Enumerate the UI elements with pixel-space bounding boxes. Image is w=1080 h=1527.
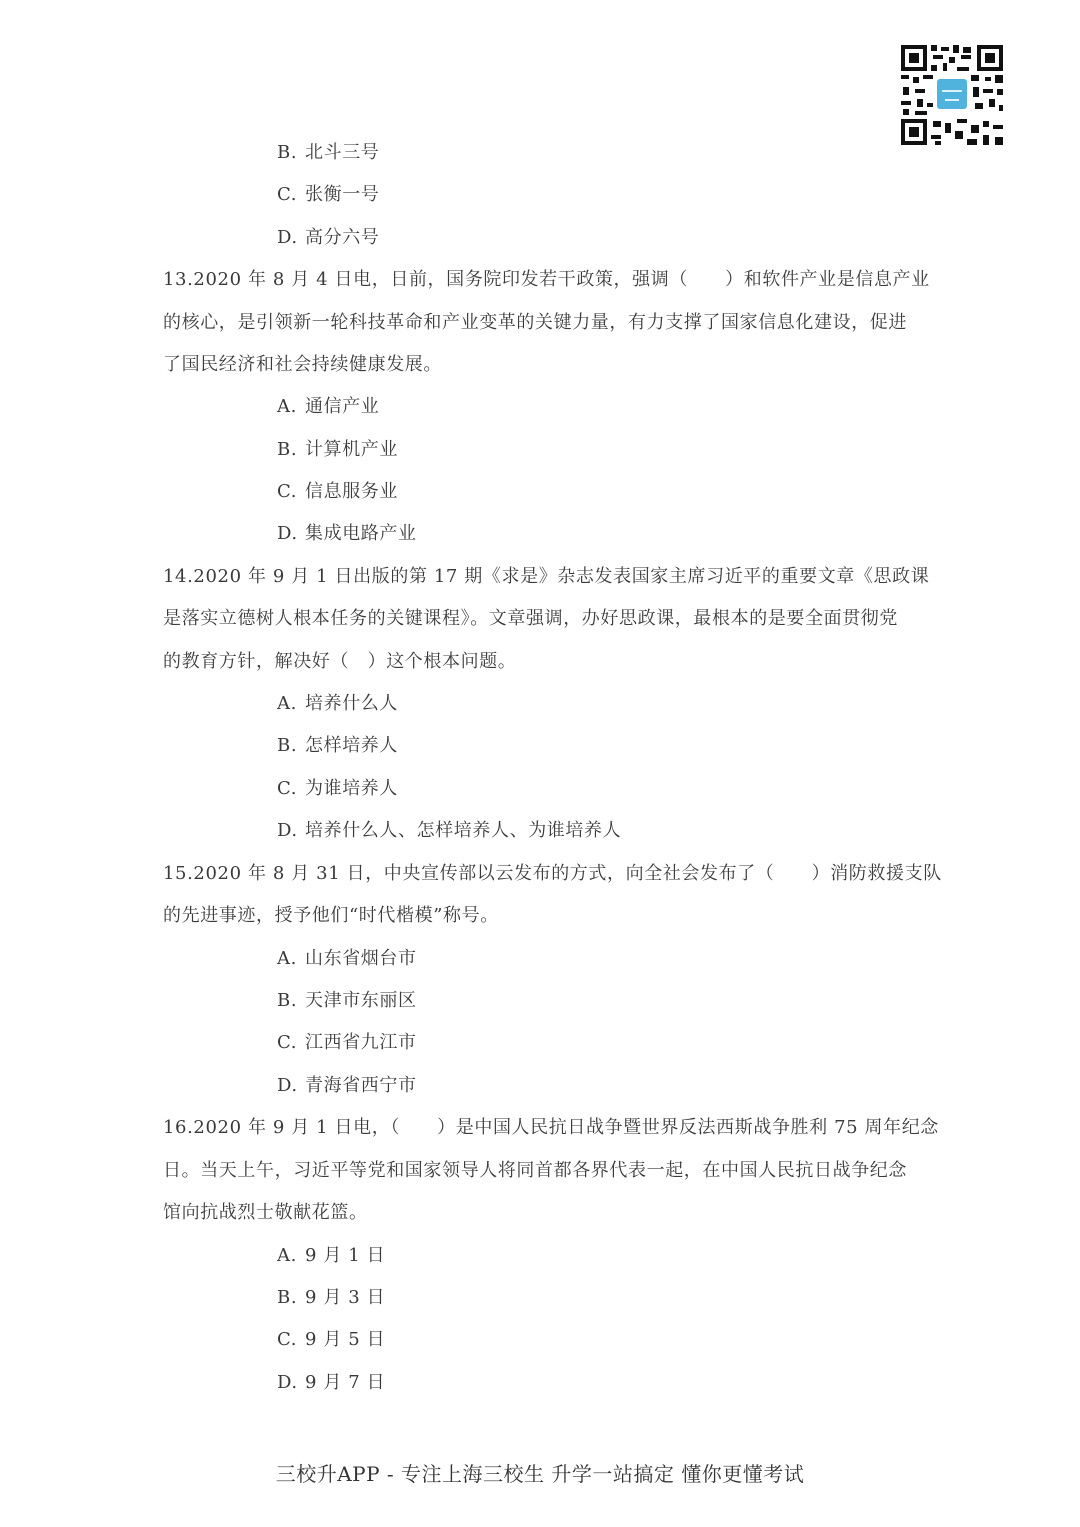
option-15-b: B.天津市东丽区: [277, 990, 417, 1012]
question-16-stem: 日。当天上午，习近平等党和国家领导人将同首都各界代表一起，在中国人民抗日战争纪念: [163, 1160, 923, 1182]
option-14-b: B.怎样培养人: [277, 735, 398, 757]
option-12-b: B.北斗三号: [277, 142, 379, 164]
question-14-stem: 的教育方针，解决好（ ）这个根本问题。: [163, 651, 923, 673]
question-14-stem: 14.2020 年 9 月 1 日出版的第 17 期《求是》杂志发表国家主席习近…: [163, 566, 923, 588]
option-13-b: B.计算机产业: [277, 439, 398, 461]
option-13-c: C.信息服务业: [277, 481, 398, 503]
option-16-b: B.9 月 3 日: [277, 1287, 385, 1309]
qr-code-icon: [899, 43, 1005, 147]
question-16-stem: 16.2020 年 9 月 1 日电，（ ）是中国人民抗日战争暨世界反法西斯战争…: [163, 1117, 923, 1139]
question-13-stem: 13.2020 年 8 月 4 日电，日前，国务院印发若干政策，强调（ ）和软件…: [163, 269, 923, 291]
question-13-stem: 了国民经济和社会持续健康发展。: [163, 354, 923, 376]
option-12-d: D.高分六号: [277, 227, 379, 249]
option-15-d: D.青海省西宁市: [277, 1075, 417, 1097]
question-14-stem: 是落实立德树人根本任务的关键课程》。文章强调，办好思政课，最根本的是要全面贯彻党: [163, 608, 923, 630]
qr-code[interactable]: [899, 43, 1005, 147]
option-15-a: A.山东省烟台市: [277, 948, 417, 970]
option-15-c: C.江西省九江市: [277, 1032, 417, 1054]
question-13-stem: 的核心，是引领新一轮科技革命和产业变革的关键力量，有力支撑了国家信息化建设，促进: [163, 312, 923, 334]
option-16-d: D.9 月 7 日: [277, 1372, 385, 1394]
option-12-c: C.张衡一号: [277, 184, 379, 206]
option-14-c: C.为谁培养人: [277, 778, 398, 800]
option-16-a: A.9 月 1 日: [277, 1245, 385, 1267]
question-15-stem: 的先进事迹，授予他们“时代楷模”称号。: [163, 905, 923, 927]
question-15-stem: 15.2020 年 8 月 31 日，中央宣传部以云发布的方式，向全社会发布了（…: [163, 863, 923, 885]
option-14-d: D.培养什么人、怎样培养人、为谁培养人: [277, 820, 621, 842]
question-16-stem: 馆向抗战烈士敬献花篮。: [163, 1202, 923, 1224]
option-13-d: D.集成电路产业: [277, 523, 417, 545]
option-14-a: A.培养什么人: [277, 693, 398, 715]
option-16-c: C.9 月 5 日: [277, 1329, 385, 1351]
option-13-a: A.通信产业: [277, 396, 379, 418]
page-footer: 三校升APP - 专注上海三校生 升学一站搞定 懂你更懂考试: [0, 1462, 1080, 1486]
